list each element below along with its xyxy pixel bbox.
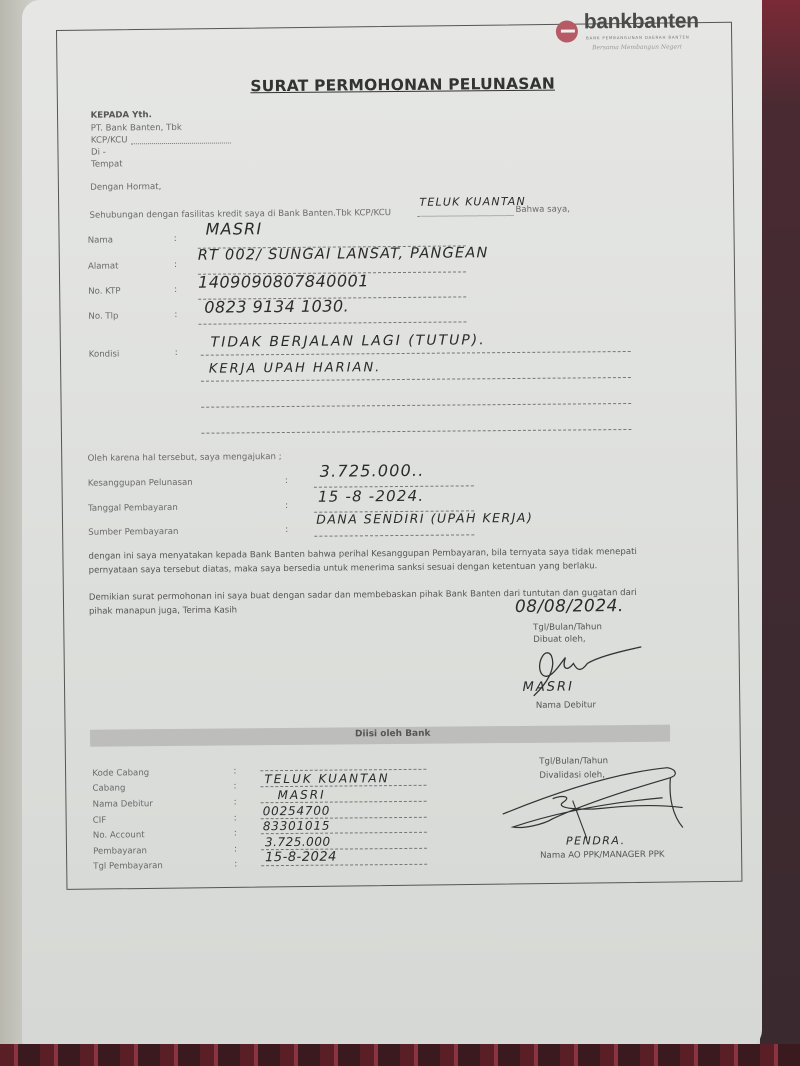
- validation-name-label: Nama AO PPK/MANAGER PPK: [540, 850, 665, 861]
- field-line-tlp: [198, 321, 466, 324]
- field-label-alamat: Alamat: [88, 261, 119, 271]
- address-branch-label: KCP/KCU: [91, 135, 128, 145]
- statement-line-1: dengan ini saya menyatakan kepada Bank B…: [88, 547, 636, 562]
- bank-value-tgl: 15-8-2024: [265, 850, 337, 866]
- signature-date-label: Tgl/Bulan/Tahun: [533, 622, 602, 633]
- document-content: bankbanten BANK PEMBANGUNAN DAERAH BANTE…: [0, 0, 800, 1066]
- statement-line-2: pernyataan saya tersebut diatas, maka sa…: [89, 561, 598, 575]
- proposal-line-source: [314, 534, 474, 536]
- intro-branch-blank: [418, 215, 514, 217]
- field-colon: :: [175, 348, 178, 358]
- address-di: Di -: [91, 148, 106, 158]
- intro-text-after: Bahwa saya,: [515, 205, 570, 215]
- field-colon: :: [174, 260, 177, 270]
- bank-label-kode-cabang: Kode Cabang: [92, 768, 149, 778]
- greeting: Dengan Hormat,: [90, 182, 161, 193]
- proposal-value-amount: 3.725.000..: [320, 461, 425, 481]
- field-colon: :: [234, 797, 237, 807]
- field-colon: :: [174, 234, 177, 244]
- bank-logo-tagline: Bersama Membangun Negeri: [592, 44, 682, 52]
- field-colon: :: [234, 813, 237, 823]
- bank-logo-icon: [556, 20, 578, 42]
- bank-value-pembayaran: 3.725.000: [265, 835, 331, 850]
- bank-label-pembayaran: Pembayaran: [93, 846, 147, 856]
- bank-label-cabang: Cabang: [92, 783, 125, 793]
- condition-label: Kondisi: [89, 349, 120, 359]
- validator-signature: [492, 757, 713, 839]
- proposal-label-date: Tanggal Pembayaran: [88, 503, 178, 514]
- field-value-ktp: 1409090807840001: [198, 271, 369, 291]
- field-value-alamat: RT 002/ SUNGAI LANSAT, PANGEAN: [198, 245, 489, 264]
- address-branch-blank: [131, 142, 231, 144]
- bank-label-cif: CIF: [93, 816, 107, 826]
- condition-rule-2: [201, 377, 631, 382]
- field-label-ktp: No. KTP: [88, 286, 120, 296]
- bank-value-account: 83301015: [263, 819, 331, 834]
- document-title: SURAT PERMOHONAN PELUNASAN: [250, 75, 555, 96]
- bank-line-cabang: [260, 785, 426, 787]
- bank-value-cabang: TELUK KUANTAN: [264, 771, 389, 786]
- proposal-value-date: 15 -8 -2024.: [318, 487, 424, 506]
- proposal-value-source: DANA SENDIRI (UPAH KERJA): [316, 510, 533, 527]
- bank-label-account: No. Account: [93, 830, 145, 840]
- proposal-label-source: Sumber Pembayaran: [88, 527, 178, 538]
- field-colon: :: [234, 844, 237, 854]
- field-colon: :: [285, 501, 288, 511]
- condition-rule-3: [201, 403, 631, 408]
- field-label-nama: Nama: [88, 235, 113, 245]
- field-colon: :: [234, 828, 237, 838]
- field-colon: :: [233, 781, 236, 791]
- signature-name-label: Nama Debitur: [536, 700, 596, 711]
- address-place: Tempat: [91, 159, 123, 169]
- field-value-tlp: 0823 9134 1030.: [204, 296, 349, 316]
- proposal-label-amount: Kesanggupan Pelunasan: [88, 478, 193, 489]
- bank-logo-subtitle: BANK PEMBANGUNAN DAERAH BANTEN: [586, 34, 690, 40]
- condition-rule-1: [201, 351, 631, 356]
- field-colon: :: [233, 766, 236, 776]
- field-colon: :: [285, 476, 288, 486]
- field-colon: :: [174, 285, 177, 295]
- address-to: KEPADA Yth.: [91, 110, 152, 121]
- condition-line-2: KERJA UPAH HARIAN.: [209, 360, 382, 377]
- address-company: PT. Bank Banten, Tbk: [91, 123, 182, 134]
- condition-line-1: TIDAK BERJALAN LAGI (TUTUP).: [211, 332, 486, 350]
- condition-rule-4: [201, 429, 631, 434]
- intro-branch-handwritten: TELUK KUANTAN: [419, 195, 526, 209]
- field-colon: :: [234, 859, 237, 869]
- validation-name: PENDRA.: [566, 834, 626, 848]
- bank-line-account: [261, 832, 427, 834]
- bank-section-header: Diisi oleh Bank: [355, 729, 431, 740]
- field-label-tlp: No. Tlp: [88, 311, 118, 321]
- bank-line-tgl: [261, 864, 427, 866]
- field-value-nama: MASRI: [206, 219, 263, 238]
- signature-name: MASRI: [523, 679, 574, 694]
- bank-label-tgl: Tgl Pembayaran: [93, 861, 163, 872]
- field-colon: :: [285, 525, 288, 535]
- bank-value-cif: 00254700: [263, 804, 331, 819]
- bank-logo-text: bankbanten: [584, 9, 699, 34]
- closing-line-2: pihak manapun juga, Terima Kasih: [89, 605, 237, 616]
- bank-label-nama: Nama Debitur: [93, 799, 153, 810]
- bank-value-nama: MASRI: [278, 788, 326, 802]
- bank-line-nama: [261, 801, 427, 803]
- proposal-intro: Oleh karena hal tersebut, saya mengajuka…: [88, 452, 282, 464]
- field-colon: :: [174, 310, 177, 320]
- signature-date: 08/08/2024.: [515, 596, 624, 617]
